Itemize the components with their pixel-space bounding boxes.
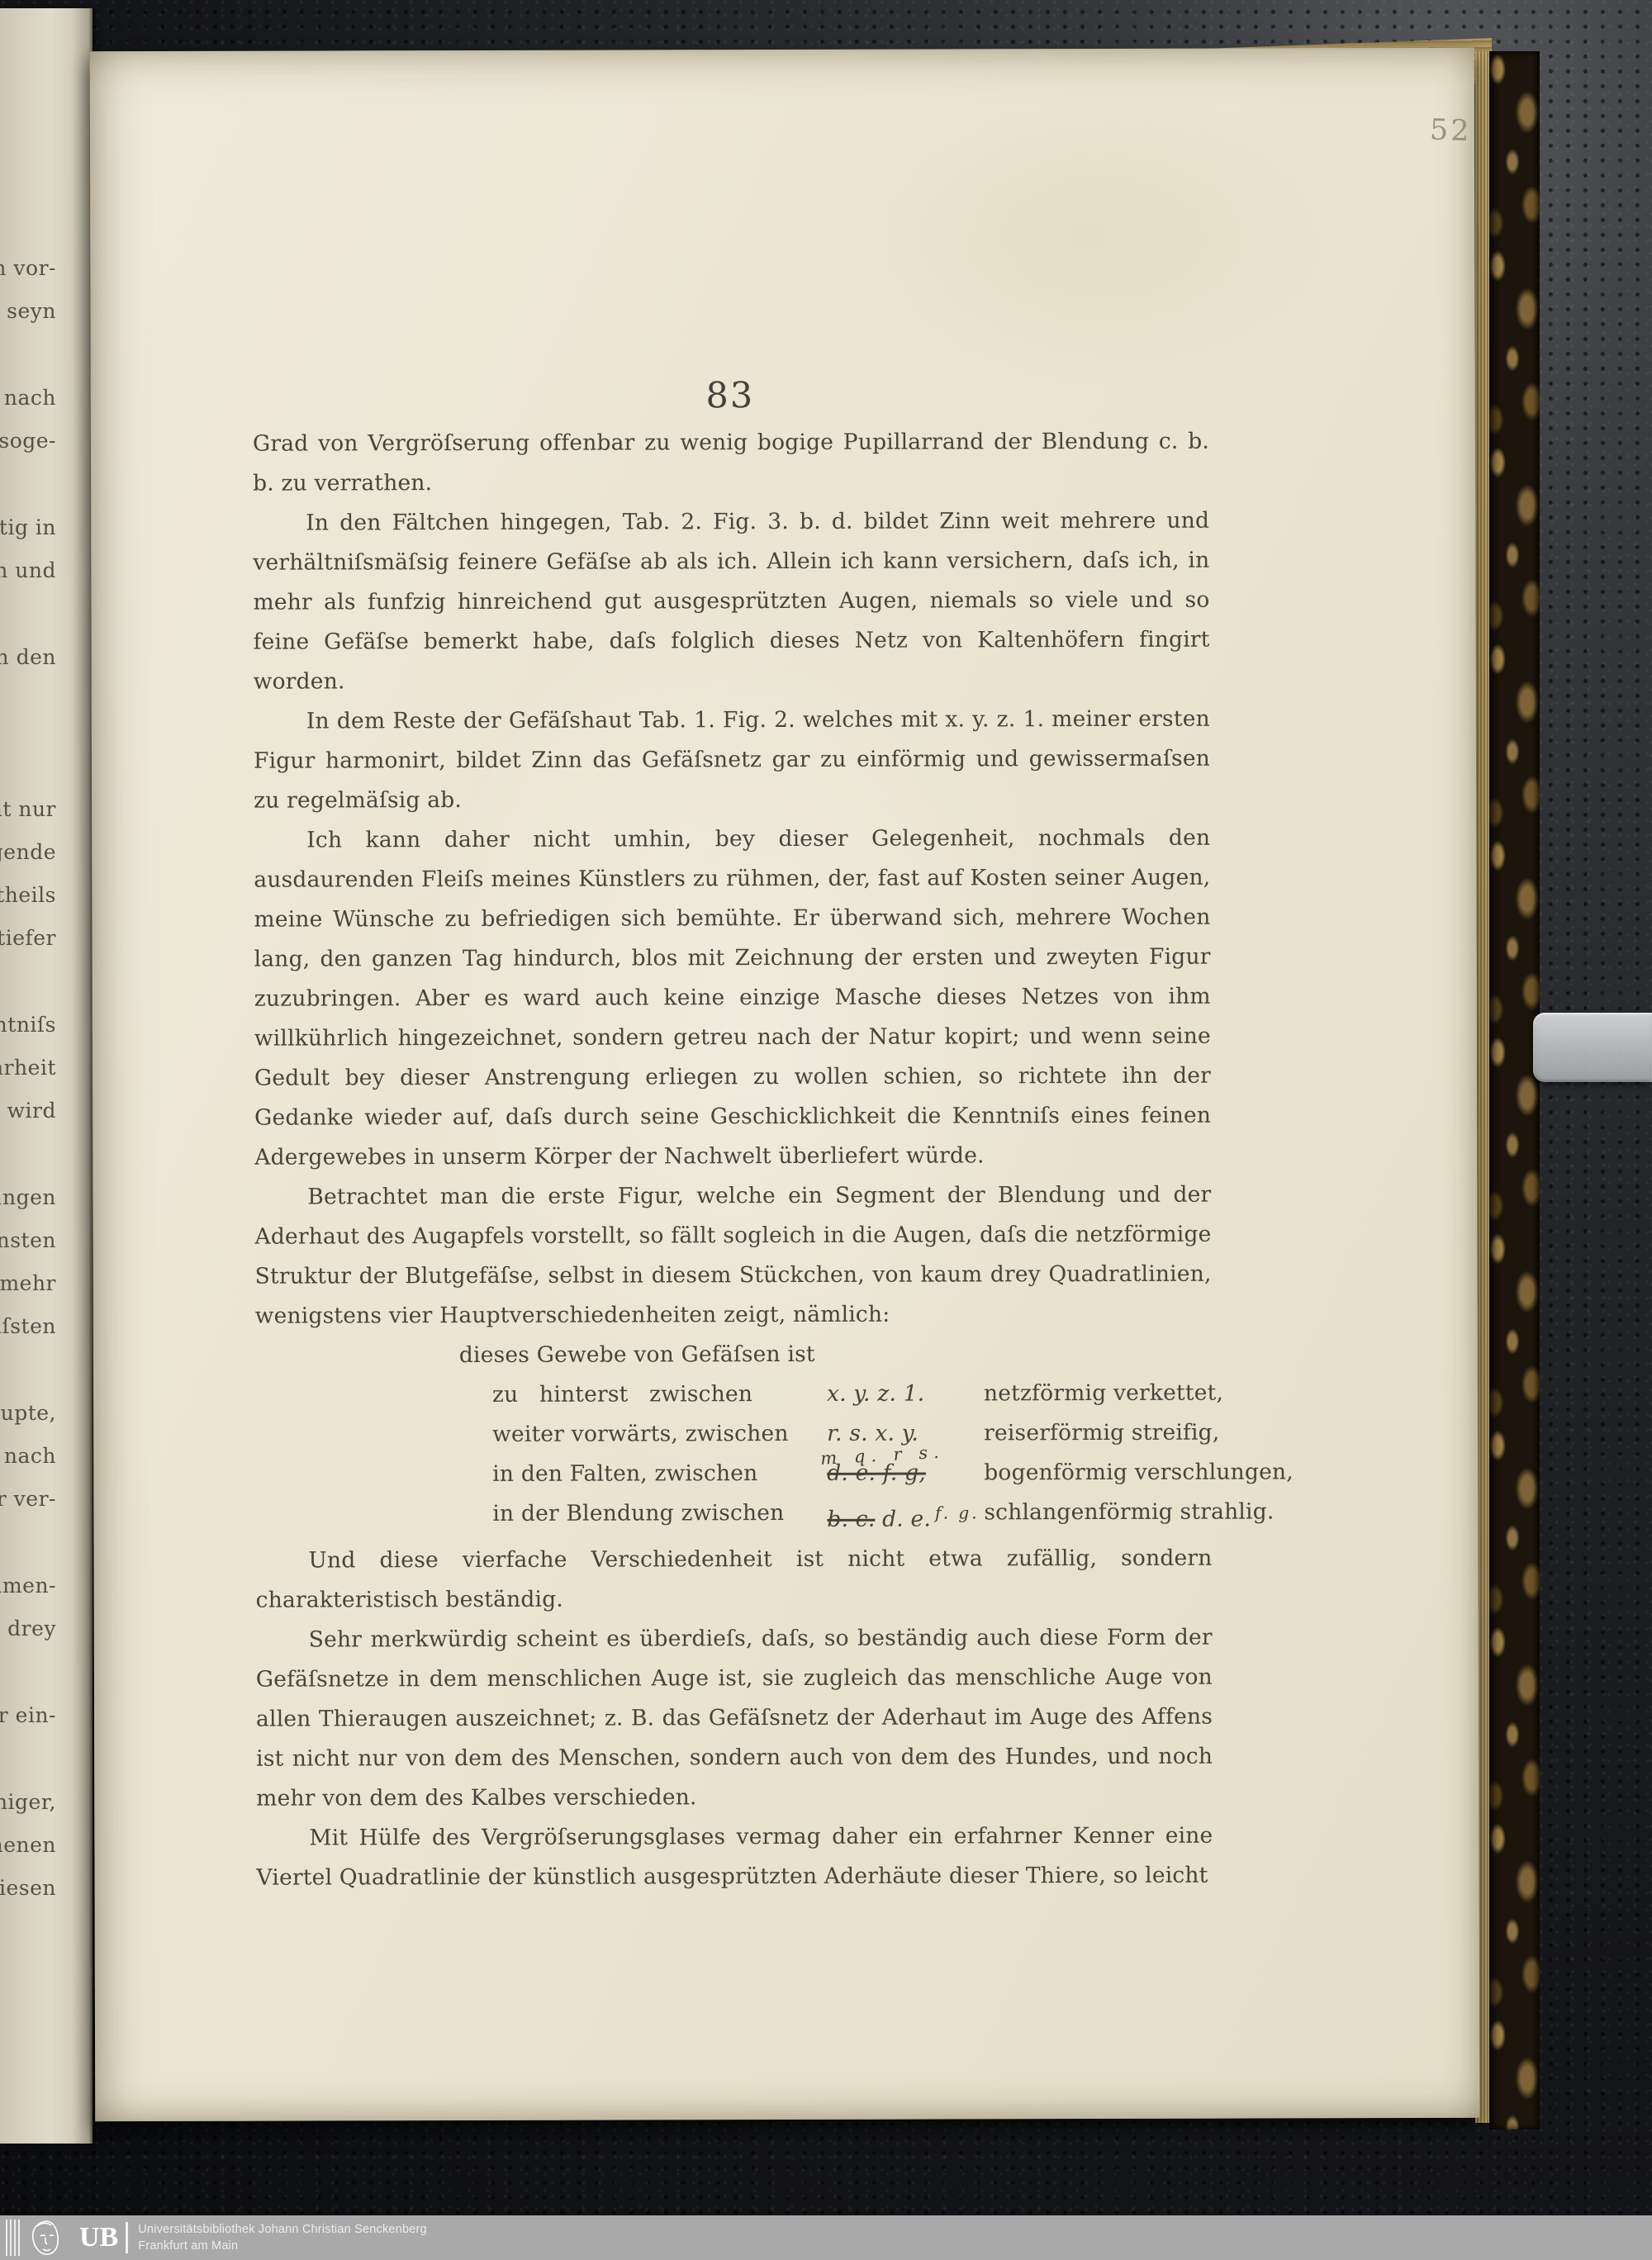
list-figure-letters: d. e. f. g,m q. r s. (827, 1453, 984, 1493)
margin-text-fragment: diesen (0, 1876, 56, 1900)
paragraph: Ich kann daher nicht umhin, bey dieser G… (254, 819, 1211, 1178)
margin-text-fragment: nmen- (0, 1574, 56, 1598)
margin-text-fragment: kenntniſs (0, 1013, 56, 1037)
margin-text-fragment: in den (0, 645, 56, 669)
opposite-page-edge: um vor-bt seyncht nachn soge-ältig inen … (0, 8, 93, 2144)
library-logo: UB (4, 2217, 118, 2258)
paragraph: Betrachtet man die erste Figur, welche e… (254, 1175, 1211, 1337)
margin-text-fragment: nd tiefer (0, 926, 56, 950)
margin-text-fragment: Wahrheit (0, 1056, 56, 1080)
vessel-list: zu hinterst zwischenx. y. z. 1.netzförmi… (255, 1374, 1213, 1541)
paragraph: In den Fältchen hingegen, Tab. 2. Fig. 3… (253, 501, 1210, 702)
margin-text-fragment: llungen (0, 1185, 56, 1209)
list-form-description: schlangenförmig strahlig. (984, 1492, 1274, 1539)
vessel-list-row: in der Blendung zwischenb. c. d. e.f. g.… (492, 1493, 1212, 1541)
margin-text-fragment: iegende (0, 840, 56, 864)
struck-letters: b. c. (827, 1507, 875, 1532)
vessel-list-row: zu hinterst zwischenx. y. z. 1.netzförmi… (492, 1374, 1212, 1415)
paragraph: In dem Reste der Gefäſshaut Tab. 1. Fig.… (254, 700, 1210, 821)
paragraph: Grad von Vergröſserung offenbar zu wenig… (253, 422, 1209, 504)
margin-text-fragment: r ver- (0, 1487, 56, 1511)
margin-text-fragment: ältig in (0, 515, 56, 539)
margin-text-fragment: bt seyn (0, 299, 56, 323)
printed-letters: x. y. z. 1. (827, 1381, 924, 1407)
list-form-description: reiserförmig streifig, (984, 1413, 1219, 1454)
page-stamp: 52 (1429, 114, 1545, 150)
library-name-line1: Universitätsbibliothek Johann Christian … (138, 2221, 427, 2238)
margin-text-fragment: um vor- (0, 256, 56, 280)
margin-text-fragment: ht nur (0, 797, 56, 821)
vessel-list-intro: dieses Gewebe von Gefäſsen ist (459, 1334, 1212, 1375)
margin-text-fragment: haupte, (0, 1401, 56, 1425)
margin-text-fragment: drey (7, 1617, 56, 1640)
list-location: in den Falten, zwischen (492, 1454, 827, 1494)
book-cover-marbled-edge (1489, 51, 1540, 2129)
paragraph: Sehr merkwürdig scheint es überdieſs, da… (256, 1618, 1213, 1819)
list-location: zu hinterst zwischen (492, 1375, 827, 1415)
book-scan-background: um vor-bt seyncht nachn soge-ältig inen … (0, 0, 1652, 2260)
page-text: Grad von Vergröſserung offenbar zu wenig… (253, 422, 1213, 1898)
footer-divider (126, 2222, 128, 2253)
margin-text-fragment: h nach (0, 1444, 56, 1468)
margin-text-fragment: fen wird (0, 1099, 56, 1123)
handwritten-correction: f. g. (935, 1503, 980, 1522)
margin-text-fragment: t, theils (0, 883, 56, 907)
list-figure-letters: b. c. d. e.f. g. (827, 1493, 984, 1539)
margin-text-fragment: önsten (0, 1228, 56, 1252)
list-form-description: netzförmig verkettet, (984, 1374, 1223, 1414)
paragraph-group-top: Grad von Vergröſserung offenbar zu wenig… (253, 422, 1212, 1337)
list-location: weiter vorwärts, zwischen (492, 1414, 827, 1455)
margin-text-fragment: cht nach (0, 386, 56, 410)
margin-text-fragment: n soge- (0, 429, 56, 453)
paragraph: Und diese vierfache Verschiedenheit ist … (255, 1539, 1212, 1621)
library-name: Universitätsbibliothek Johann Christian … (138, 2221, 427, 2254)
margin-text-fragment: ler ein- (0, 1703, 56, 1727)
paragraph-group-bottom: Und diese vierfache Verschiedenheit ist … (255, 1539, 1213, 1898)
margin-text-fragment: chenen (0, 1833, 56, 1857)
list-location: in der Blendung zwischen (492, 1493, 827, 1541)
margin-text-fragment: t mehr (0, 1271, 56, 1295)
ub-logo-text: UB (79, 2222, 118, 2253)
ub-portrait-icon (4, 2218, 77, 2258)
book-page: 52 83 Grad von Vergröſserung offenbar zu… (90, 48, 1480, 2121)
margin-text-fragment: eniger, (0, 1790, 56, 1814)
library-footer: UB Universitätsbibliothek Johann Christi… (0, 2215, 1652, 2260)
page-number: 83 (253, 374, 1208, 418)
handwritten-correction: m q. r s. (819, 1432, 946, 1479)
printed-letters: d. e. (875, 1507, 931, 1532)
vessel-list-row: in den Falten, zwischend. e. f. g,m q. r… (492, 1453, 1212, 1494)
list-figure-letters: x. y. z. 1. (827, 1374, 984, 1413)
book-cradle-clip (1533, 1013, 1652, 1082)
paragraph: Mit Hülfe des Vergröſserungsglases verma… (256, 1816, 1213, 1898)
margin-text-fragment: rniſsten (0, 1314, 56, 1338)
margin-text-fragment: en und (0, 558, 56, 582)
list-form-description: bogenförmig verschlungen, (984, 1452, 1294, 1493)
library-name-line2: Frankfurt am Main (138, 2238, 427, 2254)
